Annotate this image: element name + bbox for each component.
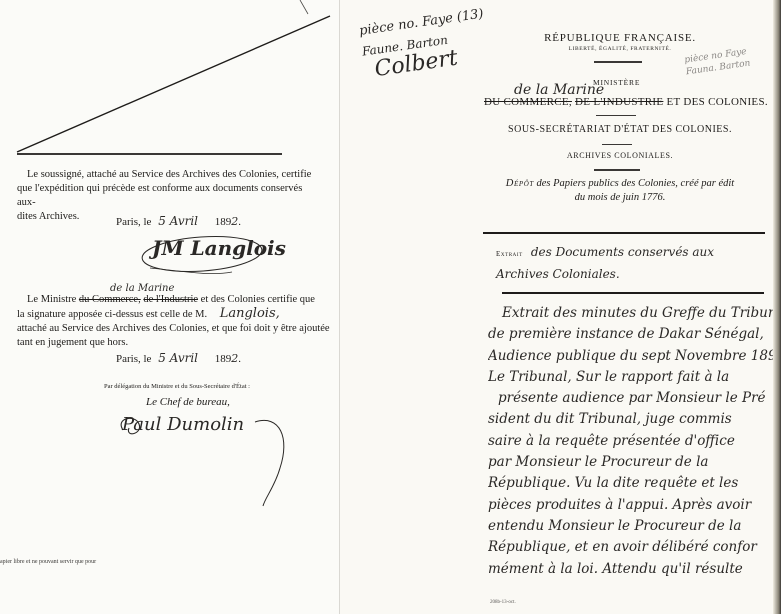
body-line: République. Vu la dite requête et les <box>488 473 776 494</box>
republic-motto: LIBERTÉ, ÉGALITÉ, FRATERNITÉ. <box>470 46 770 52</box>
chef-de-bureau-title: Le Chef de bureau, <box>146 396 230 408</box>
archives-coloniales: ARCHIVES COLONIALES. <box>470 151 770 160</box>
extrait-label: Extrait <box>496 250 523 258</box>
rule-3 <box>602 144 632 145</box>
body-line: sident du dit Tribunal, juge commis <box>488 409 776 430</box>
body-line: Extrait des minutes du Greffe du Tribuna… <box>488 303 776 324</box>
handwritten-date-2: 5 Avril <box>158 351 198 365</box>
right-page: pièce no. Faye (13) Faune. Barton Colber… <box>340 0 781 614</box>
certification-1-line-1: Le soussigné, attaché au Service des Arc… <box>17 168 317 182</box>
body-line: Audience publique du sept Novembre 1891. <box>488 346 776 367</box>
certification-paragraph-2: Le Ministre du Commerce, de l'Industrie … <box>17 293 322 350</box>
letterhead: RÉPUBLIQUE FRANÇAISE. LIBERTÉ, ÉGALITÉ, … <box>470 32 770 52</box>
body-line: par Monsieur le Procureur de la <box>488 452 776 473</box>
signature-langlois: JM Langlois <box>152 236 286 260</box>
body-line: Le Tribunal, Sur le rapport fait à la <box>488 367 776 388</box>
republic-title: RÉPUBLIQUE FRANÇAISE. <box>470 32 770 44</box>
signature-dumolin: Paul Dumolin <box>122 414 244 435</box>
struck-industrie: de l'Industrie <box>143 294 198 305</box>
page-edge-shadow <box>773 0 781 614</box>
struck-du-commerce: DU COMMERCE, <box>484 96 572 108</box>
ministry-line: DU COMMERCE, DE L'INDUSTRIE ET DES COLON… <box>484 96 768 108</box>
sous-secretariat: SOUS-SECRÉTARIAT D'ÉTAT DES COLONIES. <box>470 124 770 135</box>
left-page: Le soussigné, attaché au Service des Arc… <box>0 0 340 614</box>
certification-1-date: Paris, le 5 Avril 1892. <box>116 214 241 229</box>
delegation-line: Par délégation du Ministre et du Sous-Se… <box>104 383 250 390</box>
cancellation-diagonal <box>0 0 340 160</box>
body-line: entendu Monsieur le Procureur de la <box>488 516 776 537</box>
footer-fragment: apier libre et ne pouvant servir que pou… <box>0 559 96 565</box>
body-line: mément à la loi. Attendu qu'il résulte <box>488 559 776 580</box>
certification-1-line-2: que l'expédition qui précède est conform… <box>17 182 317 210</box>
struck-de-lindustrie: DE L'INDUSTRIE <box>575 96 663 108</box>
handwritten-name-langlois: Langlois, <box>220 306 280 321</box>
footer-code: 208b-13-oct. <box>490 600 516 605</box>
extrait-handwritten-2: Archives Coloniales. <box>496 267 766 281</box>
body-line: saire à la requête présentée d'office <box>488 431 776 452</box>
rule-1 <box>594 61 642 63</box>
rule-4 <box>594 169 640 171</box>
handwritten-date-1: 5 Avril <box>158 214 198 228</box>
body-line: pièces produites à l'appui. Après avoir <box>488 495 776 516</box>
rule-2 <box>596 115 636 116</box>
extrait-block: Extrait des Documents conservés aux Arch… <box>496 243 766 281</box>
depot-text: Dépôt des Papiers publics des Colonies, … <box>470 177 770 205</box>
body-line: présente audience par Monsieur le Pré <box>488 388 776 409</box>
handwritten-body: Extrait des minutes du Greffe du Tribuna… <box>488 303 776 580</box>
struck-commerce: du Commerce, <box>79 294 141 305</box>
extrait-handwritten-1: des Documents conservés aux <box>531 245 714 259</box>
certification-2-date: Paris, le 5 Avril 1892. <box>116 351 241 366</box>
header-bottom-rule <box>483 232 765 234</box>
body-line: de première instance de Dakar Sénégal, <box>488 324 776 345</box>
body-line: République, et en avoir délibéré confor <box>488 537 776 558</box>
extrait-bottom-rule <box>502 292 764 294</box>
